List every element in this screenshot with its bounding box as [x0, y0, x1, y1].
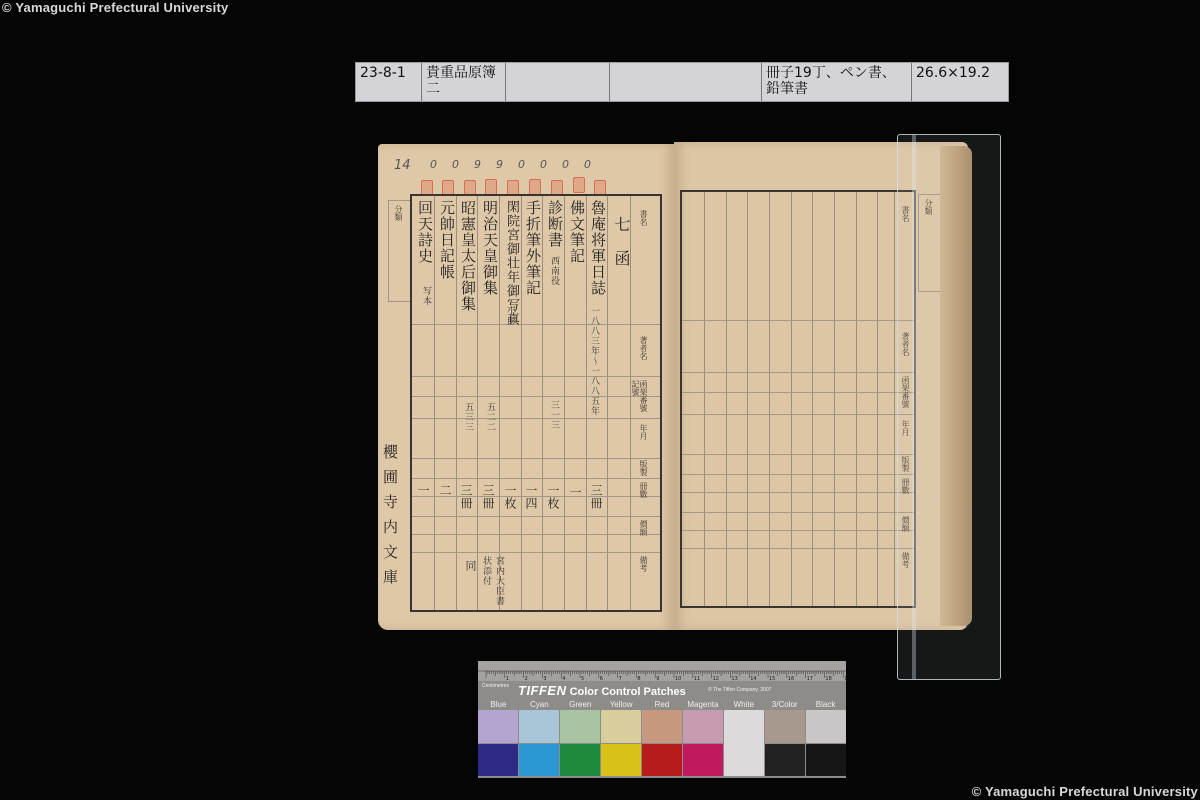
pencil-mark: 0 [584, 158, 591, 171]
svg-text:5: 5 [581, 676, 584, 681]
entry-title: 明治天皇御集 [480, 200, 501, 296]
entry-title: 診断書 [545, 200, 566, 248]
entry-note: 五三三 [462, 402, 475, 432]
entry-title: 元帥日記帳 [437, 200, 458, 280]
entry-count: 三冊 [480, 484, 497, 510]
header-volumes: 冊數 [638, 482, 649, 498]
svg-text:7: 7 [619, 676, 622, 681]
label-blank-1 [506, 63, 610, 101]
patch-white-light [724, 710, 764, 776]
section-title: 七函 [610, 216, 633, 284]
color-patches [478, 710, 846, 776]
pencil-mark: 0 [430, 158, 437, 171]
ledger-grid-right: 書名 著者名 函架番號 年月 版製 冊數 價額 備考 [680, 190, 916, 608]
svg-text:10: 10 [675, 676, 681, 681]
pencil-mark: 9 [474, 158, 481, 171]
svg-text:1: 1 [506, 676, 509, 681]
entry-count: 一 [567, 486, 584, 499]
patch-yellow-light [601, 710, 641, 743]
header-symbol: 記號 [630, 380, 641, 396]
svg-text:3: 3 [543, 676, 546, 681]
entry-count: 一枚 [502, 484, 519, 510]
patch-label: White [723, 700, 764, 709]
patch-red-light [642, 710, 682, 743]
patch-label: 3/Color [764, 700, 805, 709]
entry-count: 二 [437, 484, 454, 497]
svg-text:13: 13 [731, 676, 737, 681]
entry-note: 西南役 [548, 256, 561, 286]
classification-box: 分類 [388, 200, 412, 302]
ruler-ticks-icon: 12345678910111213141516171819 [478, 661, 846, 681]
label-format: 冊子19丁、ペン書、鉛筆書 [762, 63, 912, 101]
entry-note: 一八八三年〜一八八五年 [588, 306, 601, 416]
patch-label: Black [805, 700, 846, 709]
open-ledger-book: 14 0 0 9 9 0 0 0 0 分類 櫻圃寺内文庫 [378, 142, 968, 632]
patch-label: Red [642, 700, 683, 709]
patch-label: Green [560, 700, 601, 709]
brand-logo: TIFFEN [518, 683, 567, 698]
patch-label: Magenta [682, 700, 723, 709]
pencil-mark: 9 [496, 158, 503, 171]
patch-red-dark [642, 744, 682, 777]
red-seal-icon [573, 177, 585, 193]
patch-blue-light [478, 710, 518, 743]
pencil-mark: 0 [562, 158, 569, 171]
svg-text:2: 2 [525, 676, 528, 681]
header-date: 年月 [638, 424, 649, 440]
entry-note: 五二二 [484, 402, 497, 432]
header-binding: 版製 [638, 460, 649, 476]
svg-text:9: 9 [656, 676, 659, 681]
svg-text:16: 16 [788, 676, 794, 681]
svg-text:17: 17 [807, 676, 813, 681]
entry-count: 一四 [523, 484, 540, 510]
entry-count: 一枚 [545, 484, 562, 510]
entry-note: 小形 [504, 306, 517, 326]
red-seal-icon [529, 179, 541, 195]
shelf-note: 三一三 [548, 400, 561, 430]
svg-text:11: 11 [694, 676, 700, 681]
label-title: 貴重品原簿二 [422, 63, 506, 101]
entry-count: 一 [415, 484, 432, 497]
svg-text:8: 8 [637, 676, 640, 681]
card-title: TIFFEN Color Control Patches [518, 683, 686, 698]
svg-text:4: 4 [562, 676, 565, 681]
patch-cyan-light [519, 710, 559, 743]
entry-count: 三冊 [588, 484, 605, 510]
svg-text:19: 19 [844, 676, 846, 681]
header-remarks: 備考 [638, 556, 649, 572]
patch-3-color-dark [765, 744, 805, 777]
svg-text:12: 12 [713, 676, 719, 681]
pencil-mark: 0 [518, 158, 525, 171]
entry-title: 魯庵将軍日誌 [588, 200, 609, 296]
library-stamp-text: 櫻圃寺内文庫 [380, 444, 401, 594]
svg-text:14: 14 [750, 676, 756, 681]
swatch-labels: Blue Cyan Green Yellow Red Magenta White… [478, 700, 846, 709]
page-number: 14 [394, 158, 411, 173]
card-copyright: © The Tiffen Company, 2007 [708, 687, 771, 693]
patch-yellow-dark [601, 744, 641, 777]
catalog-label: 23-8-1 貴重品原簿二 冊子19丁、ペン書、鉛筆書 26.6×19.2 [355, 62, 1009, 102]
patch-magenta-dark [683, 744, 723, 777]
patch-label: Blue [478, 700, 519, 709]
svg-text:18: 18 [825, 676, 831, 681]
entry-title: 佛文筆記 [567, 200, 588, 264]
header-author: 著者名 [638, 336, 649, 360]
header-price: 價額 [638, 520, 649, 536]
patch-magenta-light [683, 710, 723, 743]
patch-blue-dark [478, 744, 518, 777]
label-blank-2 [610, 63, 762, 101]
svg-text:15: 15 [769, 676, 775, 681]
color-control-card: 12345678910111213141516171819 Centimetre… [478, 661, 846, 778]
ruler-scale: 12345678910111213141516171819 [478, 661, 846, 681]
pencil-mark: 0 [452, 158, 459, 171]
ledger-grid-left: 七函 書名 著者名 函架番號 記號 年月 版製 冊數 價額 備考 魯庵将軍日誌 … [410, 194, 662, 612]
patch-label: Cyan [519, 700, 560, 709]
entry-title: 手折筆外筆記 [523, 200, 544, 296]
patch-cyan-dark [519, 744, 559, 777]
patch-3-color-light [765, 710, 805, 743]
entry-note: 写本 [420, 286, 433, 306]
watermark-bottom-right: © Yamaguchi Prefectural University [972, 784, 1198, 799]
entry-title: 回天詩史 [415, 200, 436, 264]
patch-black-light [806, 710, 846, 743]
entry-remark: 同 [462, 560, 478, 572]
label-dimensions: 26.6×19.2 [912, 63, 1008, 101]
pencil-mark: 0 [540, 158, 547, 171]
svg-text:6: 6 [600, 676, 603, 681]
acrylic-weight [897, 134, 1001, 680]
patch-green-dark [560, 744, 600, 777]
centimetres-label: Centimetres [482, 683, 509, 689]
entry-remark: 宮内大臣書状添付 [480, 556, 506, 610]
label-id: 23-8-1 [356, 63, 422, 101]
patch-black-dark [806, 744, 846, 777]
patch-label: Yellow [601, 700, 642, 709]
entry-title: 昭憲皇太后御集 [458, 200, 479, 312]
left-page: 14 0 0 9 9 0 0 0 0 分類 櫻圃寺内文庫 [378, 144, 674, 630]
entry-count: 三冊 [458, 484, 475, 510]
watermark-top-left: © Yamaguchi Prefectural University [2, 0, 228, 15]
patch-green-light [560, 710, 600, 743]
card-title-text: Color Control Patches [570, 686, 686, 698]
red-seal-icon [485, 179, 497, 195]
header-title: 書名 [638, 210, 649, 226]
classification-label: 分類 [393, 205, 404, 221]
